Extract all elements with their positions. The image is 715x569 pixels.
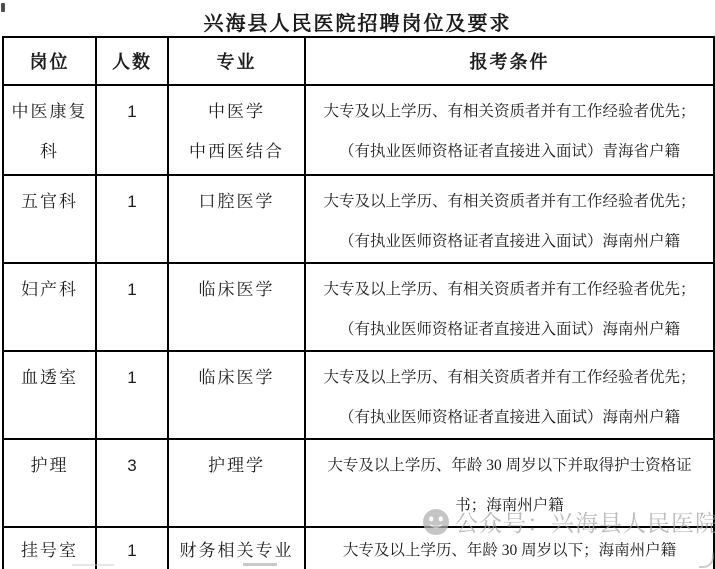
position-cell: 中医康复 科	[3, 85, 96, 175]
document-title: 兴海县人民医院招聘岗位及要求	[0, 7, 715, 36]
recruitment-table: 岗位 人数 专业 报考条件 中医康复 科 1 中医学 中西医结合 大专及以上学历…	[2, 36, 715, 569]
condition-cell: 大专及以上学历、年龄 30 周岁以下；海南州户籍	[305, 527, 714, 569]
count-cell: 1	[96, 527, 168, 569]
count-cell: 1	[96, 351, 168, 439]
column-header-position: 岗位	[3, 37, 96, 85]
table-row: 护理 3 护理学 大专及以上学历、年龄 30 周岁以下并取得护士资格证 书；海南…	[3, 439, 714, 527]
major-cell: 财务相关专业	[168, 527, 305, 569]
table-row: 五官科 1 口腔医学 大专及以上学历、有相关资质者并有工作经验者优先； （有执业…	[3, 175, 714, 263]
major-cell: 护理学	[168, 439, 305, 527]
count-cell: 1	[96, 175, 168, 263]
table-row: 中医康复 科 1 中医学 中西医结合 大专及以上学历、有相关资质者并有工作经验者…	[3, 85, 714, 175]
count-cell: 1	[96, 85, 168, 175]
condition-cell: 大专及以上学历、有相关资质者并有工作经验者优先； （有执业医师资格证者直接进入面…	[305, 85, 714, 175]
major-cell: 临床医学	[168, 351, 305, 439]
major-cell: 临床医学	[168, 263, 305, 351]
table-row: 妇产科 1 临床医学 大专及以上学历、有相关资质者并有工作经验者优先； （有执业…	[3, 263, 714, 351]
condition-cell: 大专及以上学历、年龄 30 周岁以下并取得护士资格证 书；海南州户籍	[305, 439, 714, 527]
condition-cell: 大专及以上学历、有相关资质者并有工作经验者优先； （有执业医师资格证者直接进入面…	[305, 351, 714, 439]
condition-cell: 大专及以上学历、有相关资质者并有工作经验者优先； （有执业医师资格证者直接进入面…	[305, 175, 714, 263]
condition-cell: 大专及以上学历、有相关资质者并有工作经验者优先； （有执业医师资格证者直接进入面…	[305, 263, 714, 351]
position-cell: 护理	[3, 439, 96, 527]
table-header-row: 岗位 人数 专业 报考条件	[3, 37, 714, 85]
position-cell: 血透室	[3, 351, 96, 439]
count-cell: 1	[96, 263, 168, 351]
position-cell: 妇产科	[3, 263, 96, 351]
scan-artifact	[1, 3, 5, 12]
scan-artifact	[243, 563, 277, 566]
column-header-condition: 报考条件	[305, 37, 714, 85]
major-cell: 中医学 中西医结合	[168, 85, 305, 175]
scan-artifact	[72, 564, 114, 566]
column-header-major: 专业	[168, 37, 305, 85]
table-row: 血透室 1 临床医学 大专及以上学历、有相关资质者并有工作经验者优先； （有执业…	[3, 351, 714, 439]
position-cell: 五官科	[3, 175, 96, 263]
position-cell: 挂号室	[3, 527, 96, 569]
count-cell: 3	[96, 439, 168, 527]
major-cell: 口腔医学	[168, 175, 305, 263]
table-row: 挂号室 1 财务相关专业 大专及以上学历、年龄 30 周岁以下；海南州户籍	[3, 527, 714, 569]
column-header-count: 人数	[96, 37, 168, 85]
